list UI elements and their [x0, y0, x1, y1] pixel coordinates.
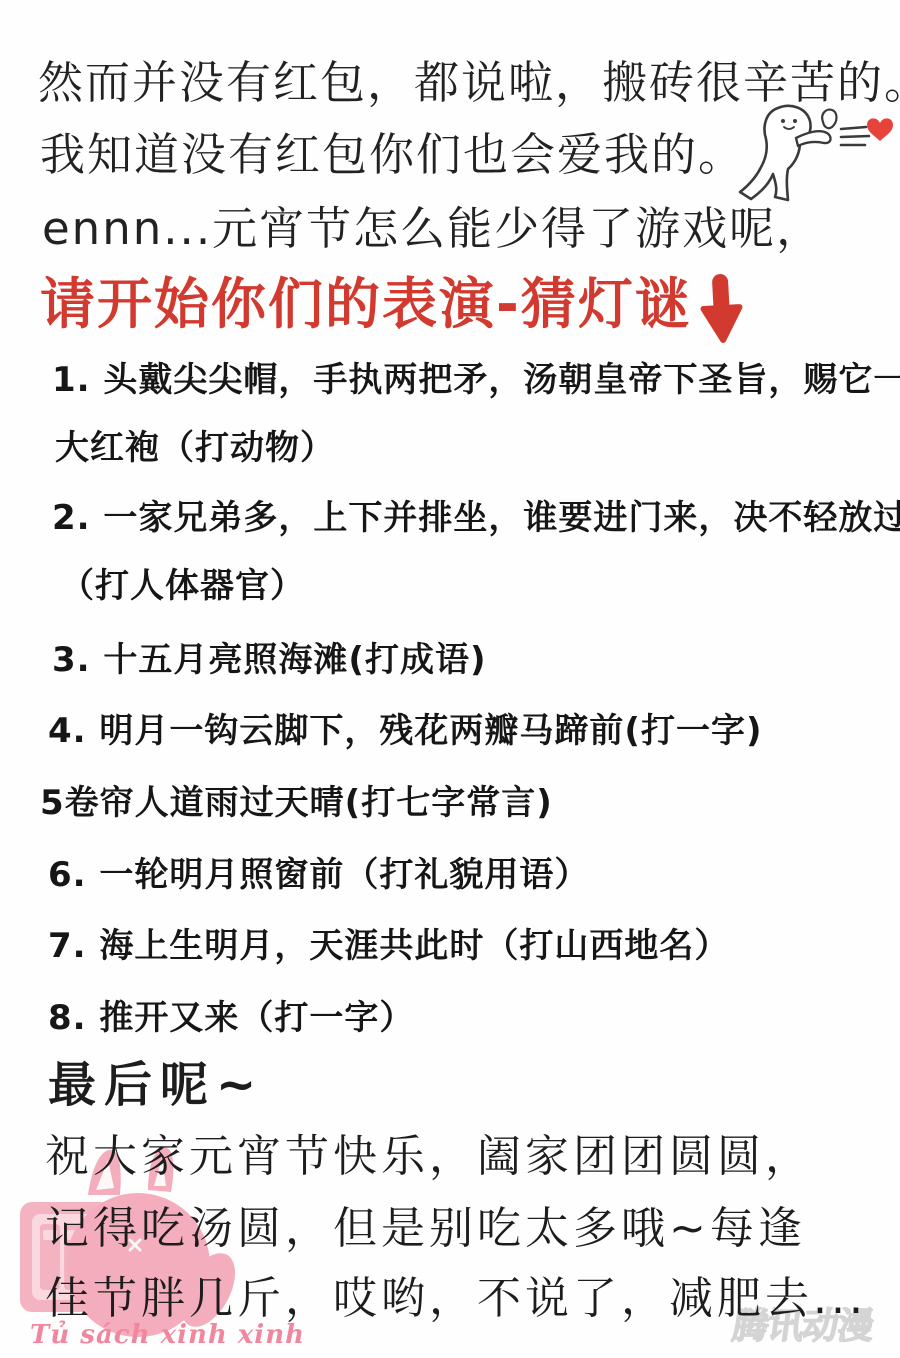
riddle-4-line-1: 4. 明月一钩云脚下，残花两瓣马蹄前(打一字)	[48, 703, 763, 752]
riddle-3-line-1: 3. 十五月亮照海滩(打成语)	[52, 632, 487, 681]
bottom-left-script-watermark: Tủ sách xinh xinh	[30, 1320, 305, 1350]
blob-eye-right	[793, 119, 797, 123]
heading-title: 请开始你们的表演-猜灯谜	[40, 260, 692, 339]
red-down-arrow-icon	[696, 273, 748, 362]
riddle-8-line-1: 8. 推开又来（打一字）	[48, 990, 414, 1039]
riddle-5-line-1: 5卷帘人道雨过天晴(打七字常言)	[40, 775, 553, 824]
riddle-6-line-1: 6. 一轮明月照窗前（打礼貌用语）	[48, 847, 589, 896]
intro-line-2: 我知道没有红包你们也会爱我的。	[40, 118, 745, 183]
heart-icon	[867, 118, 893, 141]
intro-line-3: ennn...元宵节怎么能少得了游戏呢，	[42, 192, 823, 257]
riddle-7-line-1: 7. 海上生明月，天涯共此时（打山西地名）	[48, 918, 729, 967]
speed-lines-icon	[841, 127, 869, 145]
page: 然而并没有红包，都说啦，搬砖很辛苦的。 我知道没有红包你们也会爱我的。 ennn…	[0, 0, 900, 1358]
riddle-2-line-2: （打人体器官）	[60, 558, 305, 607]
closing-line-3: 记得吃汤圆，但是别吃太多哦~每逢	[45, 1192, 806, 1256]
blob-eye-left	[781, 119, 785, 123]
riddle-2-line-1: 2. 一家兄弟多，上下并排坐，谁要进门来，决不轻放过。	[52, 490, 900, 539]
riddle-1-line-1: 1. 头戴尖尖帽，手执两把矛，汤朝皇帝下圣旨，赐它一件	[52, 352, 900, 401]
blob-person-throwing-heart-icon	[720, 96, 895, 206]
intro-line-1: 然而并没有红包，都说啦，搬砖很辛苦的。	[38, 46, 900, 111]
closing-line-4: 佳节胖几斤，哎哟，不说了，减肥去...	[45, 1262, 867, 1326]
closing-line-2: 祝大家元宵节快乐，阖家团团圆圆，	[45, 1120, 813, 1184]
blob-body	[740, 106, 811, 200]
closing-line-1: 最后呢~	[48, 1046, 264, 1115]
blob-hand	[822, 110, 836, 129]
riddle-1-line-2: 大红袍（打动物）	[55, 420, 335, 469]
section-heading: 请开始你们的表演-猜灯谜	[40, 260, 746, 361]
